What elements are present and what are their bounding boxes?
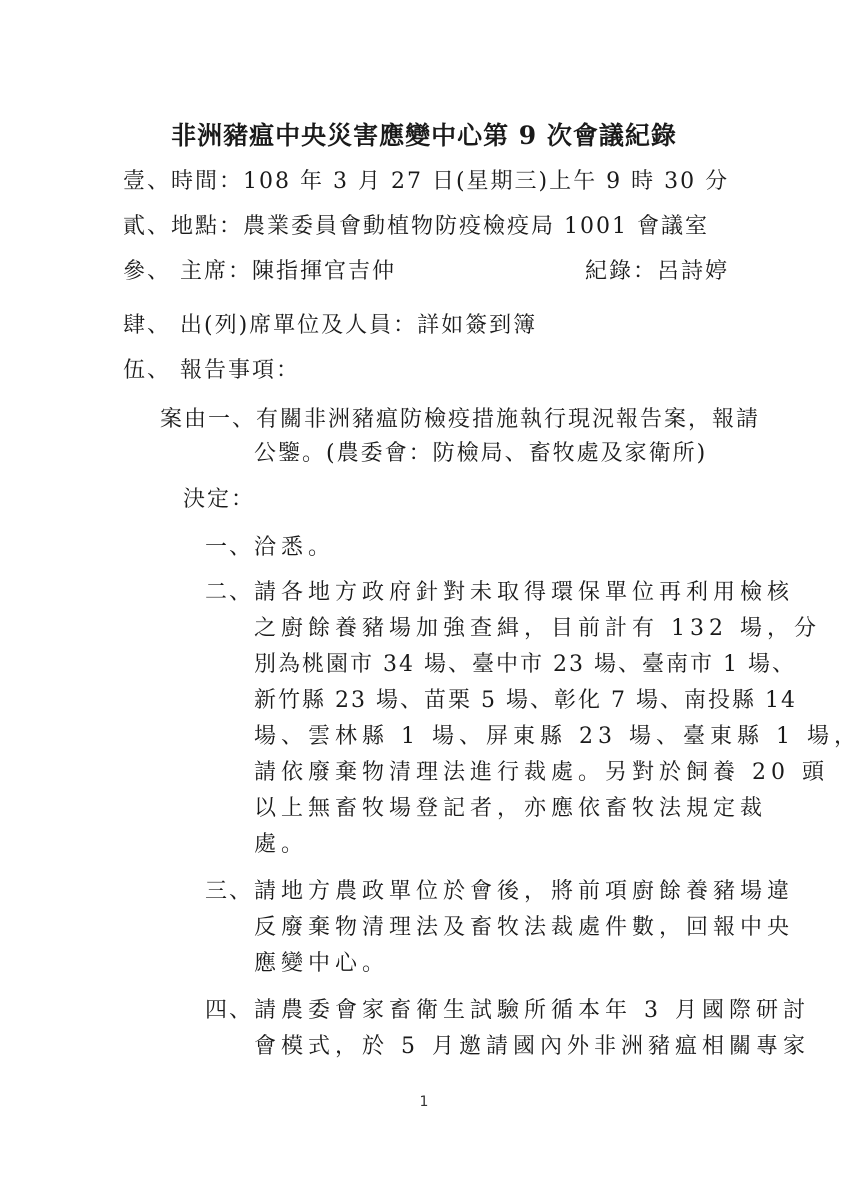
decision-4-number: 四、	[205, 995, 253, 1027]
item-text: 地點：農業委員會動植物防疫檢疫局 1001 會議室	[171, 214, 709, 239]
decision-1-number: 一、	[205, 532, 253, 564]
decision-2-line: 處。	[254, 829, 308, 861]
item-number: 貳、	[123, 214, 171, 239]
decision-2-line: 別為桃園市 34 場、臺中市 23 場、臺南市 1 場、	[254, 649, 796, 681]
item-number: 伍、	[123, 358, 171, 383]
decision-3-line: 請地方農政單位於會後，將前項廚餘養豬場違	[254, 876, 794, 908]
decision-3-line: 反廢棄物清理法及畜牧法裁處件數，回報中央	[254, 912, 794, 944]
decision-4-line: 會模式，於 5 月邀請國內外非洲豬瘟相關專家	[254, 1031, 810, 1063]
decision-3-line: 應變中心。	[254, 948, 389, 980]
decision-2-line: 請各地方政府針對未取得環保單位再利用檢核	[254, 577, 794, 609]
decision-label: 決定：	[183, 484, 255, 516]
case-line-2: 公鑒。(農委會：防檢局、畜牧處及家衛所)	[254, 438, 707, 470]
decision-1-line: 洽悉。	[254, 532, 335, 564]
decision-2-number: 二、	[205, 577, 253, 609]
decision-2-line: 新竹縣 23 場、苗栗 5 場、彰化 7 場、南投縣 14	[254, 685, 797, 717]
decision-2-line: 場、雲林縣 1 場、屏東縣 23 場、臺東縣 1 場，	[254, 721, 848, 753]
case-text: 有關非洲豬瘟防檢疫措施執行現況報告案，報請	[256, 407, 760, 432]
item-location: 貳、地點：農業委員會動植物防疫檢疫局 1001 會議室	[123, 211, 709, 243]
item-time: 壹、時間：108 年 3 月 27 日(星期三)上午 9 時 30 分	[123, 166, 729, 198]
document-page: 非洲豬瘟中央災害應變中心第 9 次會議紀錄 壹、時間：108 年 3 月 27 …	[0, 0, 848, 1200]
item-number: 肆、	[123, 313, 171, 338]
item-number: 參、	[123, 259, 171, 284]
page-number: 1	[0, 1094, 848, 1110]
document-title: 非洲豬瘟中央災害應變中心第 9 次會議紀錄	[0, 116, 848, 152]
decision-2-line: 以上無畜牧場登記者，亦應依畜牧法規定裁	[254, 793, 767, 825]
item-attendees: 肆、 出(列)席單位及人員：詳如簽到簿	[123, 310, 537, 342]
decision-2-line: 之廚餘養豬場加強查緝，目前計有 132 場，分	[254, 613, 821, 645]
recorder: 紀錄：呂詩婷	[585, 256, 729, 288]
item-text: 主席：陳指揮官吉仲	[171, 259, 396, 284]
item-text: 報告事項：	[171, 358, 300, 383]
item-number: 壹、	[123, 169, 171, 194]
decision-4-line: 請農委會家畜衛生試驗所循本年 3 月國際研討	[254, 995, 810, 1027]
item-chair: 參、 主席：陳指揮官吉仲	[123, 256, 396, 288]
decision-3-number: 三、	[205, 876, 253, 908]
item-reports: 伍、 報告事項：	[123, 355, 300, 387]
decision-2-line: 請依廢棄物清理法進行裁處。另對於飼養 20 頭	[254, 757, 829, 789]
case-line-1: 案由一、有關非洲豬瘟防檢疫措施執行現況報告案，報請	[160, 404, 760, 436]
item-text: 時間：108 年 3 月 27 日(星期三)上午 9 時 30 分	[171, 169, 729, 194]
case-label: 案由一、	[160, 407, 256, 432]
item-text: 出(列)席單位及人員：詳如簽到簿	[171, 313, 537, 338]
